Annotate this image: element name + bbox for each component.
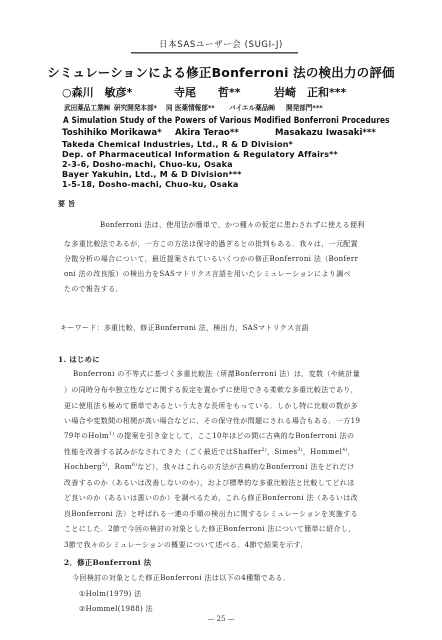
page-number: — 25 —	[0, 615, 442, 623]
author-1: ○森川 敏彦*	[62, 84, 132, 100]
citation-simes: ，Simes	[267, 448, 298, 456]
intro-line: 良Bonferroni 法）と呼ばれる一連の手順の検出力に関するシミュレーション…	[64, 509, 358, 519]
keywords-text: 多重比較，修正Bonferroni 法，検出力，SASマトリクス言語	[104, 324, 309, 332]
abstract-line: oni 法の改良版）の検出力をSASマトリクス言語を用いたシミュレーションにより…	[64, 269, 351, 279]
citation-rom: ，Rom	[107, 463, 132, 471]
paper-title-japanese: シミュレーションによる修正Bonferroni 法の検出力の評価	[0, 63, 442, 81]
affiliation-3: 同 医薬情報部**	[166, 102, 215, 112]
intro-line: ことにした．2節で今回の検討の対象とした修正Bonferroni 法について簡単…	[64, 524, 356, 534]
author-en-1: Toshihiko Morikawa*	[62, 128, 162, 138]
conference-header: 日本SASユーザー会 (SUGI-J)	[0, 38, 442, 50]
intro-text: の提案を引き金として，ここ10年ほどの間に古典的なBonferroni 法の	[114, 432, 354, 440]
affiliation-1: 武田薬品工業㈱	[64, 102, 110, 112]
abstract-line: な多重比較法であるが，一方この方法は保守的過ぎるとの批判もある．我々は，一元配置	[64, 239, 358, 249]
author-2: 寺尾 哲**	[174, 84, 241, 100]
section-2-heading: 2．修正Bonferroni 法	[64, 557, 151, 568]
intro-line: Hochberg5)，Rom6)など），我々はこれらの方法が古典的なBonfer…	[64, 462, 354, 472]
citation-holm: 79年のHolm	[64, 432, 109, 440]
intro-line: 改善するのか（あるいは改善しないのか），および標準的な多重比較法と比較してどれほ	[64, 478, 355, 488]
paper-page: 日本SASユーザー会 (SUGI-J) シミュレーションによる修正Bonferr…	[0, 0, 442, 640]
author-en-3: Masakazu Iwasaki***	[275, 128, 376, 138]
intro-line: Bonferroni の不等式に基づく多重比較法（所謂Bonferroni 法）…	[73, 369, 360, 379]
affiliation-2: 研究開発本部*	[114, 102, 157, 112]
intro-line: 3節で我々のシミュレーションの概要について述べる．4節で結果を示す．	[64, 540, 308, 550]
address-1: 2-3-6, Dosho-machi, Chuo-ku, Osaka	[62, 160, 233, 169]
abstract-line: Bonferroni 法は，使用法が簡単で，かつ種々の仮定に患わされずに使える便…	[100, 220, 365, 230]
affiliation-4: バイエル薬品㈱	[229, 102, 275, 112]
keywords: キーワード：多重比較，修正Bonferroni 法，検出力，SASマトリクス言語	[60, 323, 309, 333]
section-2-intro: 今回検討の対象とした修正Bonferroni 法は以下の4種類である．	[72, 573, 290, 583]
section-1-heading: 1. はじめに	[58, 354, 100, 365]
affiliation-en-1: Takeda Chemical Industries, Ltd., R & D …	[62, 140, 293, 149]
affiliation-en-2: Dep. of Pharmaceutical Information & Reg…	[62, 150, 338, 159]
citation-hommel: ，Hommel	[303, 448, 342, 456]
intro-line: 更に使用法も極めて簡単であるという大きな長所をもっている．しかし特に比較の数が多	[64, 401, 358, 411]
address-2: 1-5-18, Dosho-machi, Chuo-ku, Osaka	[62, 180, 238, 189]
paper-title-english: A Simulation Study of the Powers of Vari…	[63, 116, 390, 126]
citation-shaffer: 性能を改善する試みがなされてきた（ごく最近ではShaffer	[64, 448, 262, 456]
abstract-line: 分散分析の場合について，最近提案されているいくつかの修正Bonferroni 法…	[64, 254, 358, 264]
keywords-label: キーワード：	[60, 324, 104, 332]
affiliation-5: 開発部門***	[286, 102, 323, 112]
intro-text: ，	[348, 448, 355, 456]
intro-line: 性能を改善する試みがなされてきた（ごく最近ではShaffer2)，Simes3)…	[64, 447, 355, 457]
intro-line: 79年のHolm1) の提案を引き金として，ここ10年ほどの間に古典的なBonf…	[64, 431, 354, 441]
method-list-item: ②Hommel(1988) 法	[79, 604, 153, 614]
author-en-2: Akira Terao**	[175, 128, 239, 138]
intro-line: い場合や変数間の相関が高い場合などに，その保守性が問題にされる場合もある．一方1…	[64, 416, 360, 426]
intro-line: ど良いのか（あるいは悪いのか）を調べるため，これら修正Bonferroni 法（…	[64, 493, 358, 503]
method-list-item: ①Holm(1979) 法	[79, 589, 142, 599]
affiliation-en-3: Bayer Yakuhin, Ltd., M & D Division***	[62, 170, 242, 179]
author-3: 岩崎 正和***	[274, 84, 346, 100]
intro-line: ）の同時分布や独立性などに関する仮定を置かずに使用できる柔軟な多重比較法であり，	[64, 385, 358, 395]
citation-hochberg: Hochberg	[64, 463, 102, 471]
header-divider	[131, 52, 298, 54]
abstract-line: たので報告する．	[64, 284, 123, 294]
abstract-label: 要旨	[58, 199, 78, 209]
intro-text: など），我々はこれらの方法が古典的なBonferroni 法をどれだけ	[137, 463, 354, 471]
